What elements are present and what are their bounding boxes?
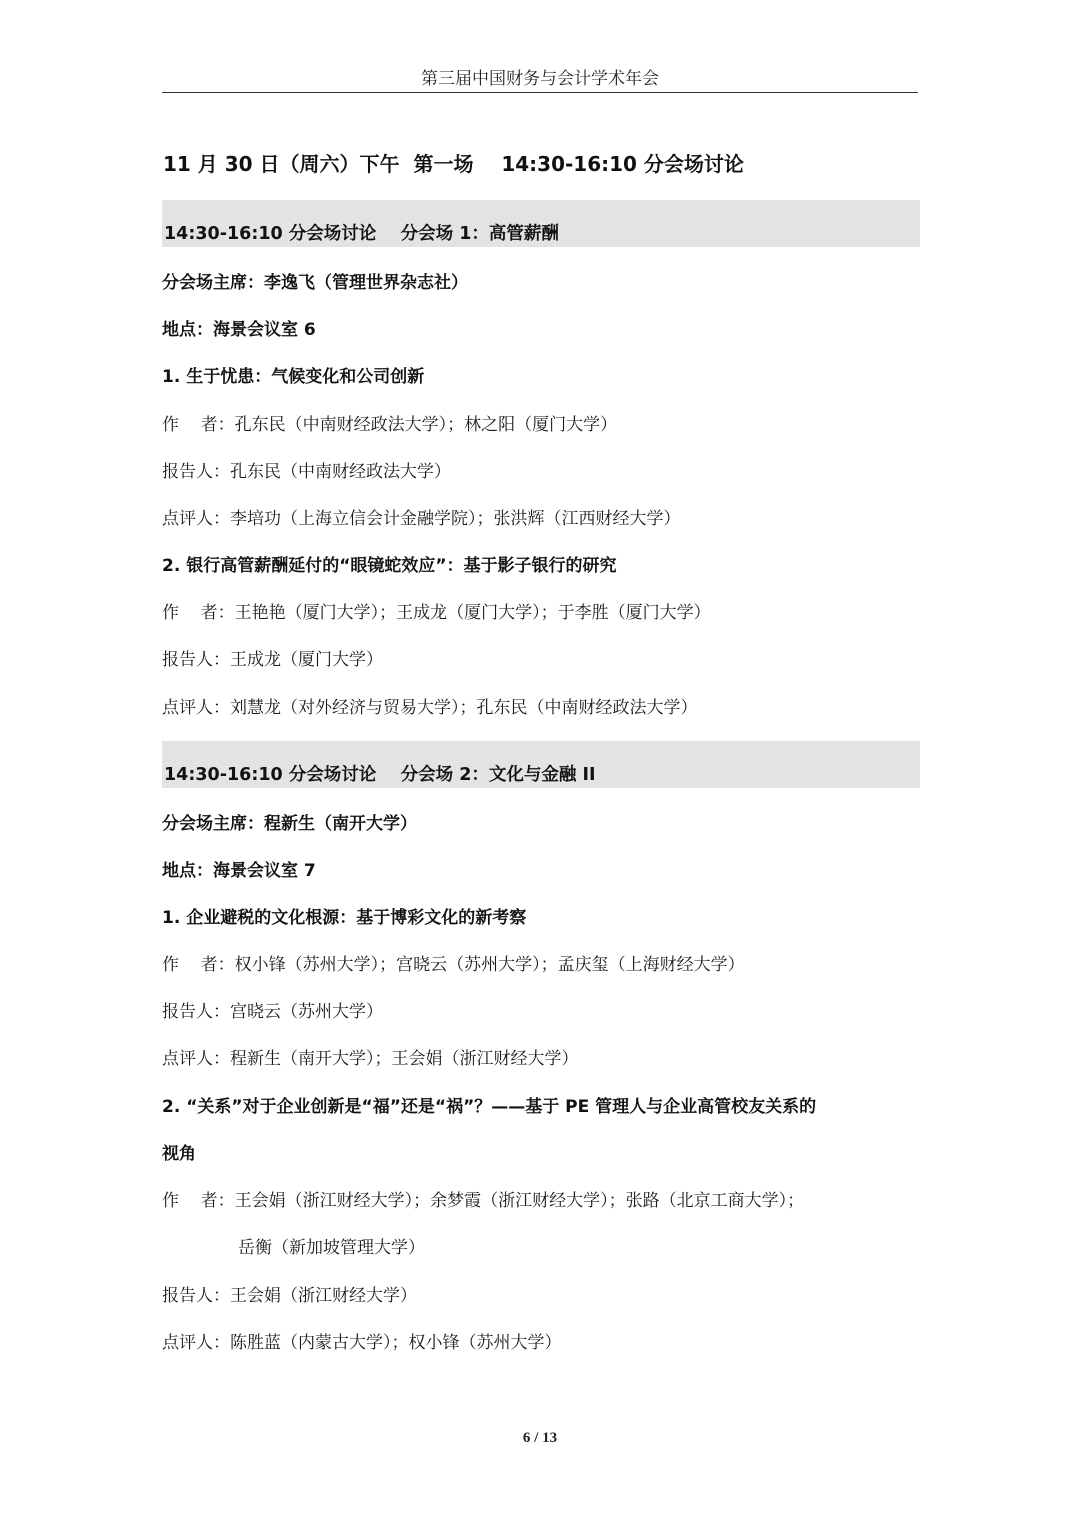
paper-authors-line-1: 作 者：王会娟（浙江财经大学）；余梦霞（浙江财经大学）；张路（北京工商大学）； <box>162 1186 804 1211</box>
paper-title-line-2: 视角 <box>162 1139 196 1164</box>
session-chair: 分会场主席：程新生（南开大学） <box>162 809 417 834</box>
paper-presenter: 报告人：孔东民（中南财经政法大学） <box>162 457 451 482</box>
session-bar-title: 14:30-16:10 分会场讨论 分会场 2：文化与金融 II <box>162 741 920 788</box>
paper-presenter: 报告人：王会娟（浙江财经大学） <box>162 1281 417 1306</box>
paper-discussants: 点评人：陈胜蓝（内蒙古大学）；权小锋（苏州大学） <box>162 1328 562 1353</box>
paper-presenter: 报告人：王成龙（厦门大学） <box>162 645 383 670</box>
day-session-title: 11 月 30 日（周六）下午 第一场 14:30-16:10 分会场讨论 <box>163 148 744 177</box>
session-location: 地点：海景会议室 6 <box>162 315 316 340</box>
header-divider <box>162 92 918 93</box>
session-bar-title: 14:30-16:10 分会场讨论 分会场 1：高管薪酬 <box>162 200 920 247</box>
paper-authors-line-2: 岳衡（新加坡管理大学） <box>238 1233 425 1258</box>
paper-authors: 作 者：权小锋（苏州大学）；宫晓云（苏州大学）；孟庆玺（上海财经大学） <box>162 950 745 975</box>
paper-presenter: 报告人：宫晓云（苏州大学） <box>162 997 383 1022</box>
paper-title: 1. 生于忧患：气候变化和公司创新 <box>162 362 424 387</box>
paper-discussants: 点评人：程新生（南开大学）；王会娟（浙江财经大学） <box>162 1044 579 1069</box>
paper-title: 2. 银行高管薪酬延付的“眼镜蛇效应”：基于影子银行的研究 <box>162 551 617 576</box>
paper-discussants: 点评人：刘慧龙（对外经济与贸易大学）；孔东民（中南财经政法大学） <box>162 693 698 718</box>
session-chair: 分会场主席：李逸飞（管理世界杂志社） <box>162 268 468 293</box>
session-location: 地点：海景会议室 7 <box>162 856 316 881</box>
document-header-title: 第三届中国财务与会计学术年会 <box>162 64 918 92</box>
paper-authors: 作 者：孔东民（中南财经政法大学）；林之阳（厦门大学） <box>162 410 617 435</box>
paper-title-line-1: 2. “关系”对于企业创新是“福”还是“祸”？——基于 PE 管理人与企业高管校… <box>162 1092 816 1117</box>
paper-authors: 作 者：王艳艳（厦门大学）；王成龙（厦门大学）；于李胜（厦门大学） <box>162 598 711 623</box>
page-number: 6 / 13 <box>0 1430 1080 1447</box>
paper-discussants: 点评人：李培功（上海立信会计金融学院）；张洪辉（江西财经大学） <box>162 504 681 529</box>
session-block-1: 14:30-16:10 分会场讨论 分会场 1：高管薪酬 分会场主席：李逸飞（管… <box>162 200 920 247</box>
paper-title: 1. 企业避税的文化根源：基于博彩文化的新考察 <box>162 903 526 928</box>
session-block-2: 14:30-16:10 分会场讨论 分会场 2：文化与金融 II 分会场主席：程… <box>162 741 920 788</box>
